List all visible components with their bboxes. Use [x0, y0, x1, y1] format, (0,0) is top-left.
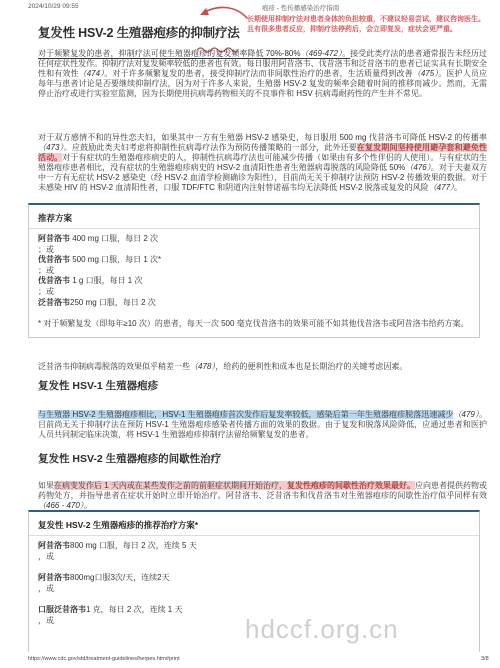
regimen-separator: ；或 — [38, 245, 470, 256]
section-title-episodic-therapy: 复发性 HSV-2 生殖器疱疹的间歇性治疗 — [38, 451, 221, 466]
regimen-separator: ，或 — [38, 552, 470, 563]
print-preview-page: 2024/10/29 09:55 疱疹 - 性传播感染治疗指南 长期使用抑制疗法… — [0, 0, 500, 668]
regimen-line: 伐昔洛韦 500 mg 口服，每日 1 次* — [38, 255, 470, 266]
paragraph-episodic: 如果在病变发作后 1 天内或在某些发作之前的前驱症状期间开始治疗，复发性疱疹的间… — [38, 481, 487, 511]
annotation-line-2: 且有很多患者反应，抑制疗法停药后，会立即复发，症状会更严重。 — [247, 25, 497, 35]
document-header-title: 疱疹 - 性传播感染治疗指南 — [262, 3, 339, 12]
section-title-hsv1-recurrent: 复发性 HSV-1 生殖器疱疹 — [38, 378, 158, 393]
paragraph-hsv1: 与生殖器 HSV-2 生殖器疱疹相比，HSV-1 生殖器疱疹首次发作后复发率较低… — [38, 410, 487, 440]
paragraph-suppressive-1: 对于频繁复发的患者，抑制疗法可使生殖器疱疹的复发频率降低 70%-80%（469… — [38, 49, 487, 99]
episodic-box-divider — [29, 535, 479, 536]
footer-page-number: 3/8 — [481, 656, 489, 662]
footer-url: https://www.cdc.gov/std/treatment-guidel… — [28, 656, 180, 662]
regimen-separator: ，或 — [38, 584, 470, 595]
annotation-line-1: 长期使用抑制疗法对患者身体的负担较重，不建议轻易尝试，建议咨询医生。 — [247, 15, 497, 25]
regimen-line: 阿昔洛韦800 mg 口服，每日 2 次，连续 5 天 — [38, 541, 470, 552]
regimen-separator: ；或 — [38, 287, 470, 298]
regimen-line: 泛昔洛韦250 mg 口服，每日 2 次 — [38, 298, 470, 309]
section-title-suppressive-therapy: 复发性 HSV-2 生殖器疱疹的抑制疗法 — [38, 23, 240, 41]
handwritten-annotation: 长期使用抑制疗法对患者身体的负担较重，不建议轻易尝试，建议咨询医生。 且有很多患… — [247, 15, 497, 35]
red-arrow-icon — [194, 4, 250, 22]
paragraph-suppressive-2: 对于双方感情不和的异性恋夫妇，如果其中一方有生殖器 HSV-2 感染史，每日服用… — [38, 133, 487, 193]
regimen-line: 阿昔洛韦 400 mg 口服，每日 2 次 — [38, 234, 470, 245]
regimen-line: 伐昔洛韦 1 g 口服，每日 1 次 — [38, 276, 470, 287]
episodic-box-title: 复发性 HSV-2 生殖器疱疹的推荐治疗方案* — [38, 516, 470, 535]
regimen-separator: ；或 — [38, 266, 470, 277]
site-watermark: hdccf.org.cn — [245, 614, 399, 645]
regimen-footnote: * 对于频繁复发（即每年≥10 次）的患者，每天一次 500 毫克伐昔洛韦的效果… — [38, 319, 470, 329]
regimen-box-divider — [29, 228, 479, 229]
regimen-box-title: 推荐方案 — [38, 209, 470, 228]
recommended-regimen-box: 推荐方案 阿昔洛韦 400 mg 口服，每日 2 次 ；或 伐昔洛韦 500 m… — [28, 203, 480, 338]
regimen-line: 阿昔洛韦800mg口服3次/天，连续2天 — [38, 573, 470, 584]
paragraph-famciclovir-note: 泛昔洛韦抑制病毒脱落的效果似乎稍差一些（478），给药的便利性和成本也是长期治疗… — [38, 362, 487, 372]
print-date: 2024/10/29 09:55 — [28, 3, 79, 10]
